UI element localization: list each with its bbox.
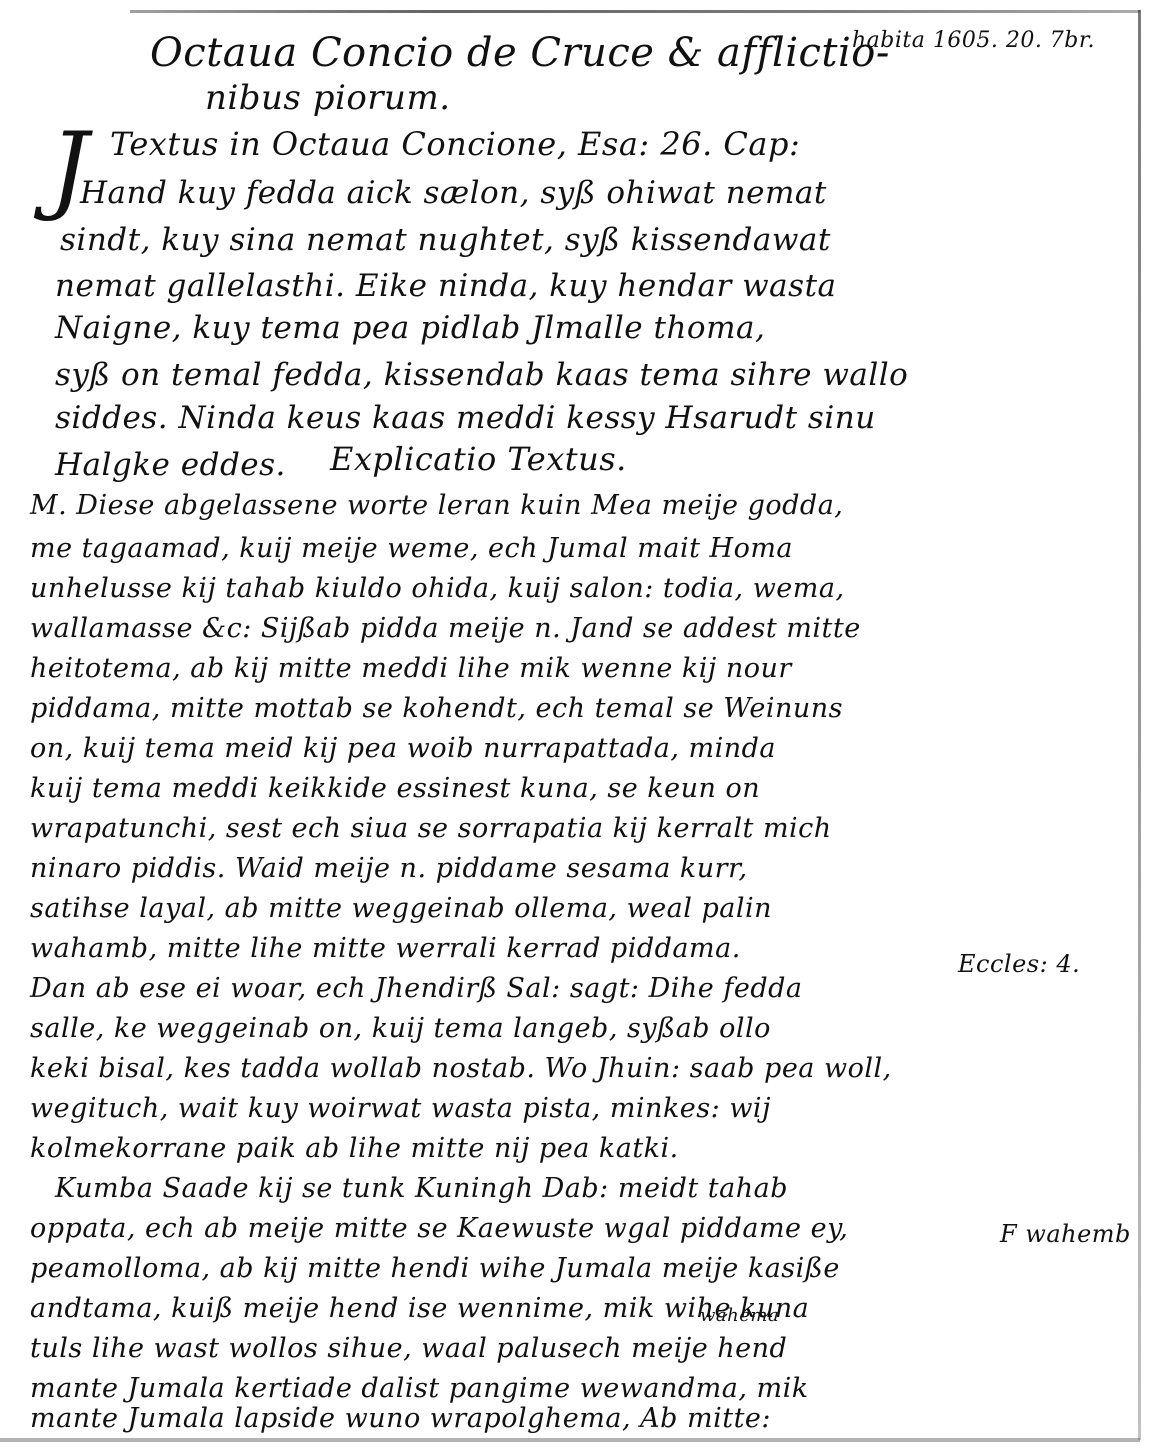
text-line: sindt, kuy sina nemat nughtet, syß kisse… bbox=[60, 222, 831, 258]
text-line: Naigne, kuy tema pea pidlab Jlmalle thom… bbox=[55, 310, 765, 346]
interlinear-note: wahema bbox=[700, 1305, 779, 1326]
explicatio-line: andtama, kuiß meije hend ise wennime, mi… bbox=[30, 1293, 809, 1324]
explicatio-line: tuls lihe wast wollos sihue, waal paluse… bbox=[30, 1333, 787, 1364]
text-line: syß on temal fedda, kissendab kaas tema … bbox=[55, 357, 908, 393]
margin-note-wahemb: F wahemb bbox=[1000, 1220, 1131, 1248]
explicatio-line: keki bisal, kes tadda wollab nostab. Wo … bbox=[30, 1053, 892, 1084]
explicatio-line: mante Jumala lapside wuno wrapolghema, A… bbox=[30, 1403, 771, 1434]
explicatio-line: ninaro piddis. Waid meije n. piddame ses… bbox=[30, 853, 748, 884]
manuscript-title: Octaua Concio de Cruce & afflictio- bbox=[150, 30, 890, 76]
explicatio-line: wrapatunchi, sest ech siua se sorrapatia… bbox=[30, 813, 832, 844]
explicatio-line: kolmekorrane paik ab lihe mitte nij pea … bbox=[30, 1133, 679, 1164]
page-edge-right bbox=[1138, 10, 1141, 1440]
explicatio-line: Dan ab ese ei woar, ech Jhendirß Sal: sa… bbox=[30, 973, 802, 1004]
text-line: Halgke eddes. bbox=[55, 447, 286, 483]
explicatio-line: wallamasse &c: Sijßab pidda meije n. Jan… bbox=[30, 613, 861, 644]
explicatio-line: on, kuij tema meid kij pea woib nurrapat… bbox=[30, 733, 776, 764]
explicatio-line: piddama, mitte mottab se kohendt, ech te… bbox=[30, 693, 843, 724]
explicatio-line: M. Diese abgelassene worte leran kuin Me… bbox=[30, 490, 843, 521]
manuscript-title-continuation: nibus piorum. bbox=[205, 78, 451, 118]
explicatio-line: satihse layal, ab mitte weggeinab ollema… bbox=[30, 893, 772, 924]
explicatio-line: Kumba Saade kij se tunk Kuningh Dab: mei… bbox=[55, 1173, 788, 1204]
date-note: habita 1605. 20. 7br. bbox=[852, 28, 1095, 53]
manuscript-page: Octaua Concio de Cruce & afflictio- habi… bbox=[0, 0, 1164, 1450]
explicatio-line: wegituch, wait kuy woirwat wasta pista, … bbox=[30, 1093, 771, 1124]
text-line: nemat gallelasthi. Eike ninda, kuy henda… bbox=[55, 268, 837, 304]
explicatio-line: salle, ke weggeinab on, kuij tema langeb… bbox=[30, 1013, 771, 1044]
explicatio-line: wahamb, mitte lihe mitte werrali kerrad … bbox=[30, 933, 741, 964]
text-heading: Textus in Octaua Concione, Esa: 26. Cap: bbox=[110, 125, 800, 163]
margin-note-eccles: Eccles: 4. bbox=[958, 950, 1080, 978]
explicatio-line: peamolloma, ab kij mitte hendi wihe Juma… bbox=[30, 1253, 840, 1284]
explicatio-line: mante Jumala kertiade dalist pangime wew… bbox=[30, 1373, 809, 1404]
explicatio-line: unhelusse kij tahab kiuldo ohida, kuij s… bbox=[30, 573, 845, 604]
text-line: Hand kuy fedda aick sælon, syß ohiwat ne… bbox=[80, 175, 827, 211]
explicatio-line: heitotema, ab kij mitte meddi lihe mik w… bbox=[30, 653, 792, 684]
text-line: siddes. Ninda keus kaas meddi kessy Hsar… bbox=[55, 400, 876, 436]
page-edge-top bbox=[130, 10, 1140, 13]
page-edge-bottom bbox=[0, 1438, 1140, 1442]
explicatio-line: kuij tema meddi keikkide essinest kuna, … bbox=[30, 773, 760, 804]
explicatio-line: oppata, ech ab meije mitte se Kaewuste w… bbox=[30, 1213, 848, 1244]
explicatio-line: me tagaamad, kuij meije weme, ech Jumal … bbox=[30, 533, 793, 564]
explicatio-heading: Explicatio Textus. bbox=[330, 440, 627, 478]
